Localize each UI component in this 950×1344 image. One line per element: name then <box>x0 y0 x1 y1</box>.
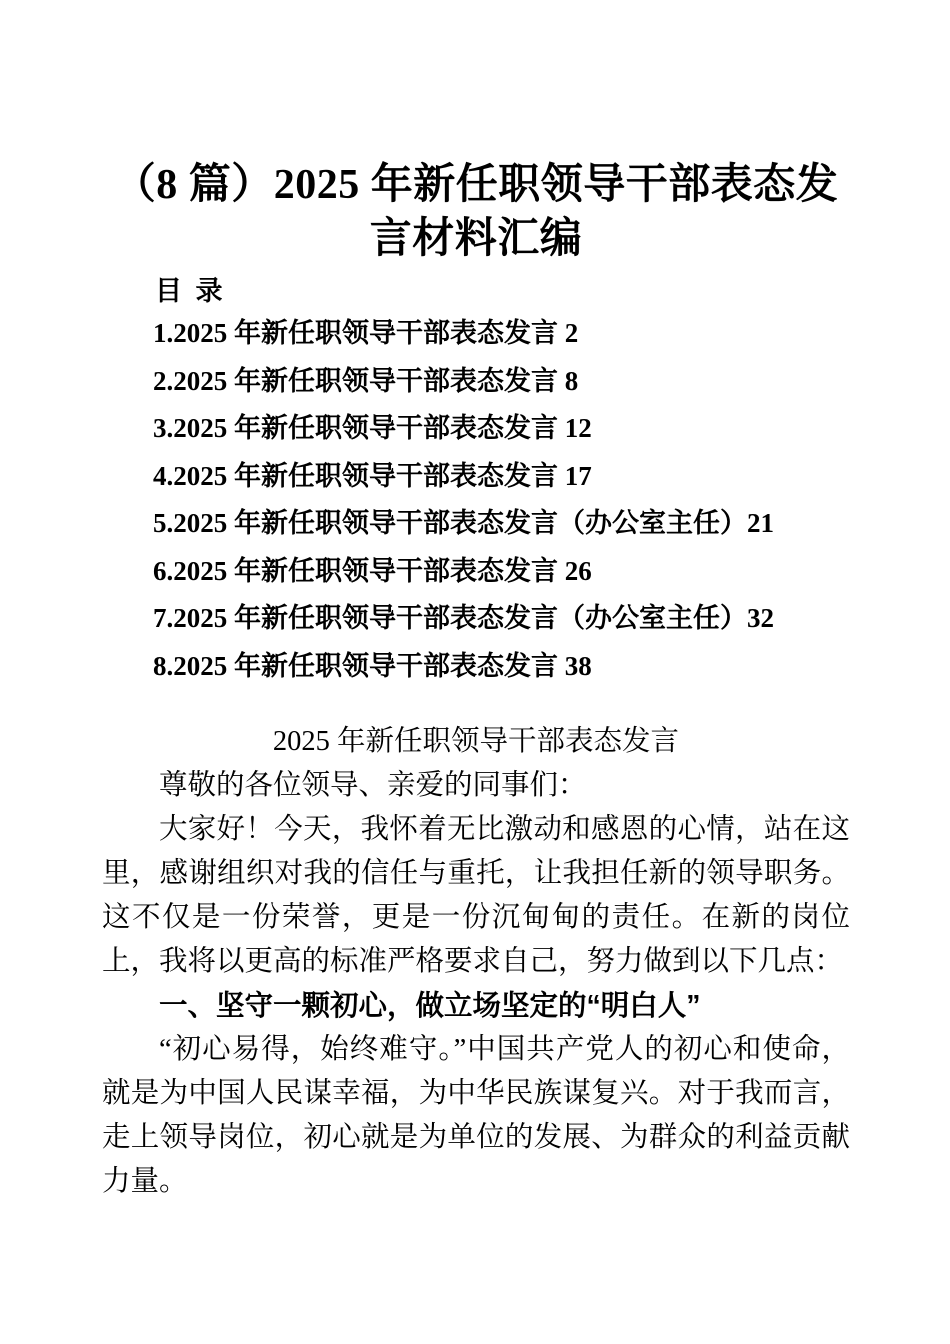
toc-entry-5: 5.2025 年新任职领导干部表态发言（办公室主任）21 <box>153 500 850 548</box>
toc-entry-2: 2.2025 年新任职领导干部表态发言 8 <box>153 358 850 406</box>
salutation: 尊敬的各位领导、亲爱的同事们： <box>102 764 850 808</box>
speech-section-1: 2025 年新任职领导干部表态发言 尊敬的各位领导、亲爱的同事们： 大家好！今天… <box>102 720 850 1204</box>
toc-entry-6: 6.2025 年新任职领导干部表态发言 26 <box>153 548 850 596</box>
document-page: （8 篇）2025 年新任职领导干部表态发 言材料汇编 目 录 1.2025 年… <box>0 0 950 1344</box>
point-1-paragraph: “初心易得，始终难守。”中国共产党人的初心和使命，就是为中国人民谋幸福，为中华民… <box>102 1028 850 1204</box>
point-1-heading: 一、坚守一颗初心，做立场坚定的“明白人” <box>102 984 850 1028</box>
document-title: （8 篇）2025 年新任职领导干部表态发 言材料汇编 <box>102 158 850 266</box>
toc-entry-8: 8.2025 年新任职领导干部表态发言 38 <box>153 643 850 691</box>
toc-heading: 目 录 <box>155 272 850 310</box>
toc-entry-7: 7.2025 年新任职领导干部表态发言（办公室主任）32 <box>153 595 850 643</box>
intro-paragraph: 大家好！今天，我怀着无比激动和感恩的心情，站在这里，感谢组织对我的信任与重托，让… <box>102 808 850 984</box>
toc-entry-3: 3.2025 年新任职领导干部表态发言 12 <box>153 405 850 453</box>
section-title: 2025 年新任职领导干部表态发言 <box>102 720 850 764</box>
table-of-contents: 目 录 1.2025 年新任职领导干部表态发言 2 2.2025 年新任职领导干… <box>102 272 850 690</box>
toc-entry-1: 1.2025 年新任职领导干部表态发言 2 <box>153 310 850 358</box>
document-title-line-1: （8 篇）2025 年新任职领导干部表态发 <box>102 158 850 212</box>
toc-entry-4: 4.2025 年新任职领导干部表态发言 17 <box>153 453 850 501</box>
document-content: （8 篇）2025 年新任职领导干部表态发 言材料汇编 目 录 1.2025 年… <box>0 0 950 1204</box>
document-title-line-2: 言材料汇编 <box>102 212 850 266</box>
